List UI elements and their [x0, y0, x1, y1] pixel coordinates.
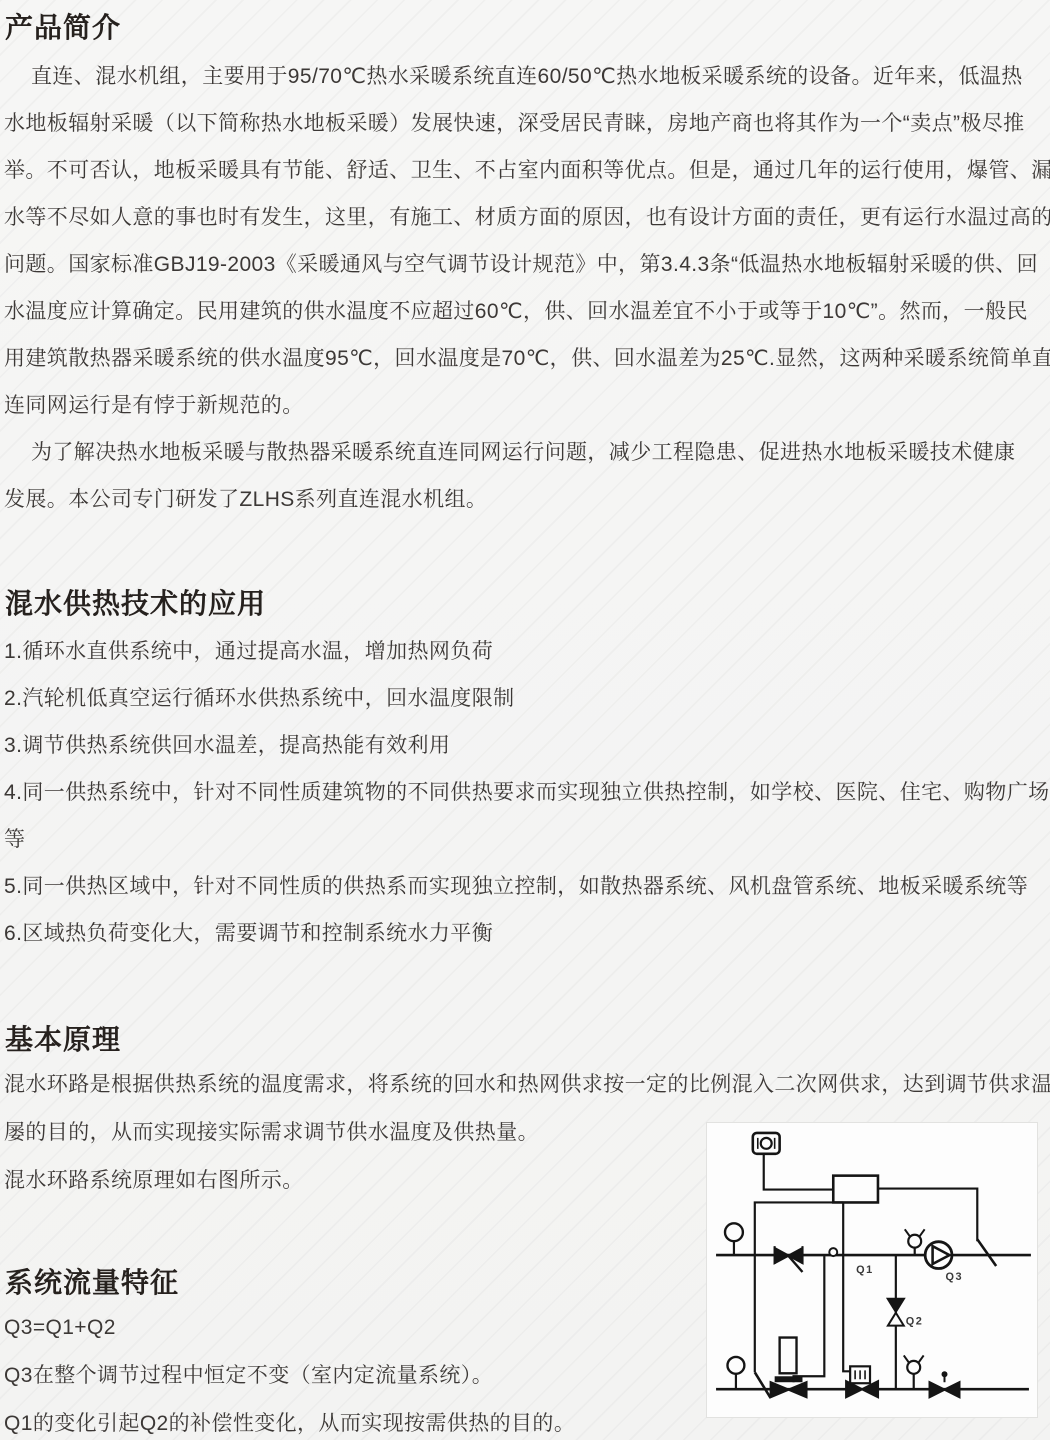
list-item: 1.循环水直供系统中，通过提高水温，增加热网负荷	[4, 628, 1050, 675]
mixing-loop-schematic-svg: Q1 Q2 Q3	[707, 1123, 1037, 1417]
list-item: 4.同一供热系统中，针对不同性质建筑物的不同供热要求而实现独立供热控制，如学校、…	[4, 769, 1050, 816]
electric-control-valve	[846, 1366, 878, 1397]
check-valve-icon	[888, 1299, 904, 1312]
pressure-gauge-top	[725, 1223, 743, 1255]
paragraph-line: 混水环路是根据供热系统的温度需求，将系统的回水和热网供求按一定的比例混入二次网供…	[4, 1061, 1050, 1109]
temperature-sensor-top	[905, 1229, 925, 1255]
room-sensor-icon	[753, 1133, 780, 1154]
paragraph-line: 发展。本公司专门研发了ZLHS系列直连混水机组。	[4, 476, 1050, 523]
paragraph-line: 用建筑散热器采暖系统的供水温度95℃，回水温度是70℃，供、回水温差为25℃.显…	[4, 335, 1050, 382]
applications-list: 1.循环水直供系统中，通过提高水温，增加热网负荷2.汽轮机低真空运行循环水供热系…	[4, 628, 1050, 957]
paragraph-line: 水温度应计算确定。民用建筑的供水温度不应超过60℃，供、回水温差宜不小于或等于1…	[4, 288, 1050, 335]
sensor-signal-line	[764, 1154, 834, 1190]
downcomer-pipe	[794, 1256, 825, 1382]
section-title-flow-characteristics: 系统流量特征	[5, 1261, 179, 1301]
paragraph-line: 举。不可否认，地板采暖具有节能、舒适、卫生、不占室内面积等优点。但是，通过几年的…	[4, 147, 1050, 194]
section-title-principle: 基本原理	[5, 1018, 121, 1058]
label-q3: Q3	[946, 1271, 964, 1283]
temperature-sensor-bottom	[904, 1355, 924, 1389]
pump-icon	[925, 1242, 952, 1269]
list-item: 等	[4, 816, 1050, 863]
label-q1: Q1	[856, 1264, 874, 1276]
manual-valve-supply	[775, 1246, 803, 1272]
intro-paragraph-2: 为了解决热水地板采暖与散热器采暖系统直连同网运行问题，减少工程隐患、促进热水地板…	[4, 429, 1050, 523]
list-item: 5.同一供热区域中，针对不同性质的供热系而实现独立控制，如散热器系统、风机盘管系…	[4, 863, 1050, 910]
switch-blade-bottom-left	[755, 1372, 771, 1398]
list-item: 3.调节供热系统供回水温差，提高热能有效利用	[4, 722, 1050, 769]
control-line-right	[878, 1189, 977, 1242]
bypass-riser	[888, 1255, 904, 1389]
paragraph-line: 水等不尽如人意的事也时有发生，这里，有施工、材质方面的原因，也有设计方面的责任，…	[4, 194, 1050, 241]
paragraph-line: 水地板辐射采暖（以下简称热水地板采暖）发展快速，深受居民青睐，房地产商也将其作为…	[4, 100, 1050, 147]
mixing-loop-diagram: Q1 Q2 Q3	[706, 1122, 1038, 1418]
label-q2: Q2	[906, 1316, 924, 1328]
product-intro-page: 产品简介 直连、混水机组，主要用于95/70℃热水采暖系统直连60/50℃热水地…	[0, 0, 1050, 1440]
pipe-sensor-pocket	[829, 1248, 837, 1256]
paragraph-line: 问题。国家标准GBJ19-2003《采暖通风与空气调节设计规范》中，第3.4.3…	[4, 241, 1050, 288]
control-line-center	[843, 1202, 852, 1371]
paragraph-line: 直连、混水机组，主要用于95/70℃热水采暖系统直连60/50℃热水地板采暖系统…	[4, 53, 1050, 100]
control-line-left	[755, 1202, 843, 1372]
section-title-applications: 混水供热技术的应用	[5, 582, 266, 622]
intro-paragraph-1: 直连、混水机组，主要用于95/70℃热水采暖系统直连60/50℃热水地板采暖系统…	[4, 53, 1050, 429]
controller-box	[833, 1176, 878, 1203]
paragraph-line: 为了解决热水地板采暖与散热器采暖系统直连同网运行问题，减少工程隐患、促进热水地板…	[4, 429, 1050, 476]
switch-blade-top-right	[977, 1239, 996, 1266]
section-title-product-intro: 产品简介	[5, 6, 121, 46]
shutoff-valve-return	[930, 1371, 960, 1397]
paragraph-line: 连同网运行是有悖于新规范的。	[4, 382, 1050, 429]
list-item: 2.汽轮机低真空运行循环水供热系统中，回水温度限制	[4, 675, 1050, 722]
list-item: 6.区域热负荷变化大，需要调节和控制系统水力平衡	[4, 910, 1050, 957]
pressure-gauge-bottom	[727, 1357, 744, 1389]
